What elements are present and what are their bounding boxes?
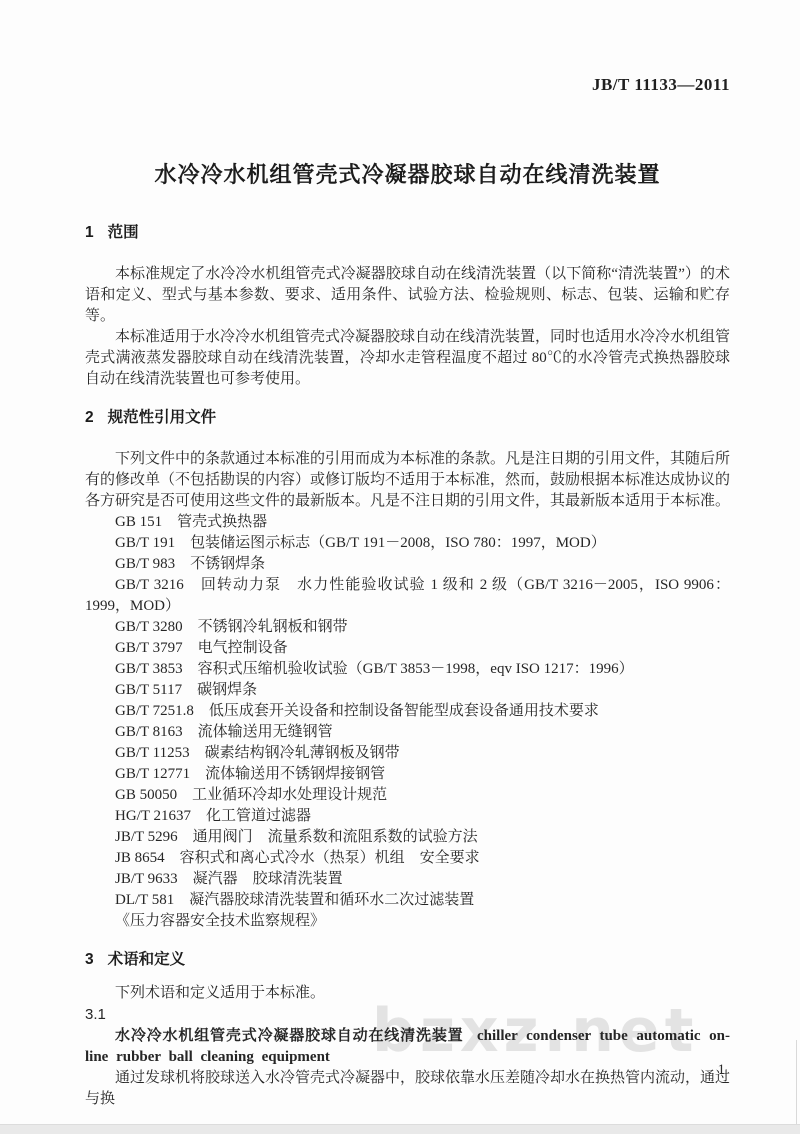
term-definition-body: 通过发球机将胶球送入水冷管壳式冷凝器中，胶球依靠水压差随冷却水在换热管内流动，通… xyxy=(85,1068,730,1110)
document-title: 水冷冷水机组管壳式冷凝器胶球自动在线清洗装置 xyxy=(85,160,730,190)
reference-item: DL/T 581 凝汽器胶球清洗装置和循环水二次过滤装置 xyxy=(85,890,730,911)
paragraph: 下列术语和定义适用于本标准。 xyxy=(85,983,730,1004)
reference-item: HG/T 21637 化工管道过滤器 xyxy=(85,806,730,827)
term-chinese: 水冷冷水机组管壳式冷凝器胶球自动在线清洗装置 xyxy=(115,1027,464,1044)
reference-item: GB/T 191 包装储运图示标志（GB/T 191－2008，ISO 780：… xyxy=(85,533,730,554)
document-page: bzxz.net JB/T 11133—2011 水冷冷水机组管壳式冷凝器胶球自… xyxy=(0,0,800,1134)
reference-item: JB/T 5296 通用阀门 流量系数和流阻系数的试验方法 xyxy=(85,827,730,848)
reference-item: GB/T 3216 回转动力泵 水力性能验收试验 1 级和 2 级（GB/T 3… xyxy=(85,575,730,617)
clause-number: 3.1 xyxy=(85,1004,730,1025)
section-1-number: 1 xyxy=(85,224,94,241)
reference-item: GB 50050 工业循环冷却水处理设计规范 xyxy=(85,785,730,806)
paragraph: 本标准规定了水冷冷水机组管壳式冷凝器胶球自动在线清洗装置（以下简称“清洗装置”）… xyxy=(85,264,730,327)
reference-item: GB/T 3797 电气控制设备 xyxy=(85,638,730,659)
paragraph: 通过发球机将胶球送入水冷管壳式冷凝器中，胶球依靠水压差随冷却水在换热管内流动，通… xyxy=(85,1068,730,1110)
reference-item: GB/T 5117 碳钢焊条 xyxy=(85,680,730,701)
section-2-number: 2 xyxy=(85,409,94,426)
reference-list: GB 151 管壳式换热器 GB/T 191 包装储运图示标志（GB/T 191… xyxy=(85,512,730,932)
page-number: 1 xyxy=(718,1062,726,1078)
reference-item: JB/T 9633 凝汽器 胶球清洗装置 xyxy=(85,869,730,890)
page-content: JB/T 11133—2011 水冷冷水机组管壳式冷凝器胶球自动在线清洗装置 1… xyxy=(85,0,730,1110)
section-1-body: 本标准规定了水冷冷水机组管壳式冷凝器胶球自动在线清洗装置（以下简称“清洗装置”）… xyxy=(85,264,730,390)
paragraph: 本标准适用于水冷冷水机组管壳式冷凝器胶球自动在线清洗装置，同时也适用水冷冷水机组… xyxy=(85,327,730,390)
reference-item: GB/T 983 不锈钢焊条 xyxy=(85,554,730,575)
reference-item: GB/T 3853 容积式压缩机验收试验（GB/T 3853－1998，eqv … xyxy=(85,659,730,680)
reference-item: GB/T 12771 流体输送用不锈钢焊接钢管 xyxy=(85,764,730,785)
section-3-title: 术语和定义 xyxy=(108,951,186,968)
reference-item: GB/T 8163 流体输送用无缝钢管 xyxy=(85,722,730,743)
section-2-heading: 2规范性引用文件 xyxy=(85,407,730,429)
scan-edge-right xyxy=(796,1040,797,1134)
standard-code: JB/T 11133—2011 xyxy=(85,76,730,94)
reference-item: GB/T 11253 碳素结构钢冷轧薄钢板及钢带 xyxy=(85,743,730,764)
section-3-heading: 3术语和定义 xyxy=(85,949,730,971)
section-2-title: 规范性引用文件 xyxy=(108,409,217,426)
reference-item: GB 151 管壳式换热器 xyxy=(85,512,730,533)
section-1-heading: 1范围 xyxy=(85,222,730,244)
reference-item: JB 8654 容积式和离心式冷水（热泵）机组 安全要求 xyxy=(85,848,730,869)
paragraph: 下列文件中的条款通过本标准的引用而成为本标准的条款。凡是注日期的引用文件，其随后… xyxy=(85,449,730,512)
scan-edge-bottom xyxy=(0,1124,800,1134)
section-2-body: 下列文件中的条款通过本标准的引用而成为本标准的条款。凡是注日期的引用文件，其随后… xyxy=(85,449,730,512)
section-3-body: 下列术语和定义适用于本标准。 xyxy=(85,983,730,1004)
reference-item: 《压力容器安全技术监察规程》 xyxy=(85,911,730,932)
term-definition-heading: 水冷冷水机组管壳式冷凝器胶球自动在线清洗装置chiller condenser … xyxy=(85,1025,730,1068)
reference-item: GB/T 7251.8 低压成套开关设备和控制设备智能型成套设备通用技术要求 xyxy=(85,701,730,722)
section-1-title: 范围 xyxy=(108,224,139,241)
reference-item: GB/T 3280 不锈钢冷轧钢板和钢带 xyxy=(85,617,730,638)
section-3-number: 3 xyxy=(85,951,94,968)
